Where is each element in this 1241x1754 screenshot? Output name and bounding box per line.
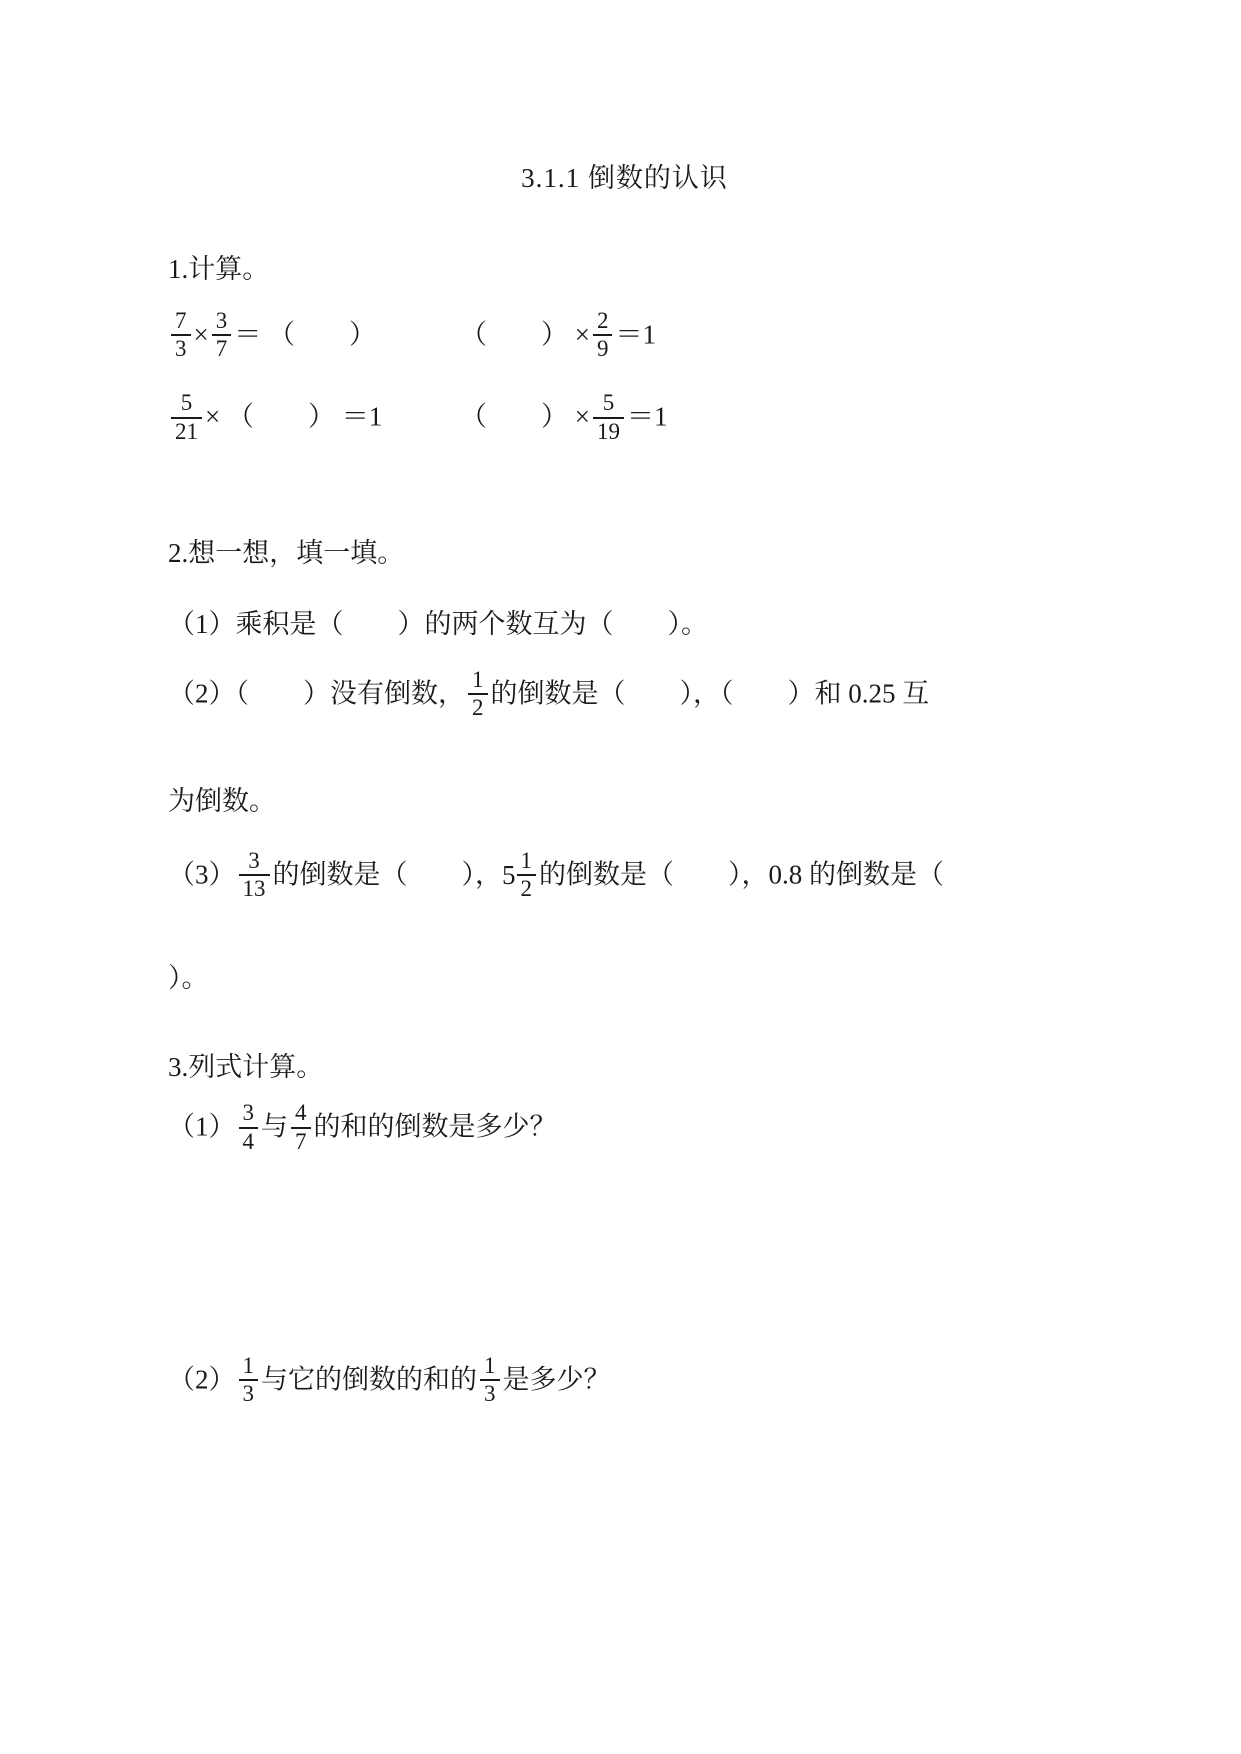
fraction: 12 (517, 849, 537, 901)
text-run: 的倒数是（ ），0.8 的倒数是（ (539, 859, 944, 889)
fraction: 73 (171, 309, 191, 361)
text-run: 3.列式计算。 (168, 1052, 323, 1082)
text-run: 的和的倒数是多少？ (314, 1112, 557, 1142)
text-run: （ ） × (460, 319, 590, 349)
text-run: ）。 (168, 963, 209, 993)
text-run: ＝1 (627, 402, 668, 432)
fraction-numerator: 3 (239, 849, 270, 876)
text-run: ＝ （ ） (234, 319, 376, 349)
text-run: （2） (168, 1364, 236, 1394)
fraction-denominator: 9 (593, 336, 613, 361)
fraction-numerator: 1 (517, 849, 537, 876)
fraction: 12 (468, 668, 488, 720)
q2-item2-line2: 为倒数。 (168, 786, 1081, 817)
fraction: 313 (239, 849, 270, 901)
text-run: 3.1.1 倒数的认识 (521, 163, 728, 193)
fraction: 521 (171, 391, 202, 443)
text-run: 是多少？ (503, 1364, 611, 1394)
text-run: （1）乘积是（ ）的两个数互为（ ）。 (168, 609, 708, 639)
text-run: （1） (168, 1112, 236, 1142)
q1-item3: 521× （ ） ＝1 (168, 393, 460, 445)
text-run: × (194, 319, 209, 349)
q1-item2: （ ） ×29＝1 (460, 311, 656, 363)
fraction: 29 (593, 309, 613, 361)
fraction-denominator: 4 (239, 1129, 259, 1154)
text-run: 2.想一想，填一填。 (168, 538, 404, 568)
fraction-denominator: 13 (239, 876, 270, 901)
fraction-numerator: 2 (593, 309, 613, 336)
fraction-numerator: 3 (239, 1101, 259, 1128)
mixed-number-whole: 5 (502, 860, 516, 891)
text-run: 的倒数是（ ），（ ）和 0.25 互 (491, 678, 930, 708)
worksheet-title: 3.1.1 倒数的认识 (168, 163, 1081, 194)
worksheet-content: 3.1.1 倒数的认识1.计算。73×37＝ （ ）（ ） ×29＝1521× … (168, 163, 1081, 1408)
text-run: × （ ） ＝1 (205, 402, 382, 432)
text-run: 为倒数。 (168, 786, 276, 816)
fraction-numerator: 5 (593, 391, 624, 418)
q3-item2: （2）13与它的倒数的和的13是多少？ (168, 1356, 1081, 1408)
text-run: （ ） × (460, 402, 590, 432)
fraction: 47 (291, 1101, 311, 1153)
text-run: （3） (168, 859, 236, 889)
q1-heading: 1.计算。 (168, 254, 1081, 285)
fraction-numerator: 7 (171, 309, 191, 336)
fraction-denominator: 3 (480, 1381, 500, 1406)
q2-heading: 2.想一想，填一填。 (168, 538, 1081, 569)
q2-item3-line1: （3）313的倒数是（ ），512的倒数是（ ），0.8 的倒数是（ (168, 851, 1081, 903)
text-run: 与 (261, 1112, 288, 1142)
fraction-numerator: 1 (468, 668, 488, 695)
fraction: 519 (593, 391, 624, 443)
fraction: 37 (212, 309, 232, 361)
q3-item1: （1）34与47的和的倒数是多少？ (168, 1103, 1081, 1155)
q1-row1: 73×37＝ （ ）（ ） ×29＝1 (168, 311, 1081, 363)
q1-row2: 521× （ ） ＝1（ ） ×519＝1 (168, 393, 1081, 445)
text-run: 与它的倒数的和的 (261, 1364, 477, 1394)
q2-item2-line1: （2）（ ）没有倒数，12的倒数是（ ），（ ）和 0.25 互 (168, 670, 1081, 722)
q3-heading: 3.列式计算。 (168, 1052, 1081, 1083)
q2-item1: （1）乘积是（ ）的两个数互为（ ）。 (168, 609, 1081, 640)
fraction-denominator: 7 (291, 1129, 311, 1154)
q1-item4: （ ） ×519＝1 (460, 393, 667, 445)
text-run: ＝1 (615, 319, 656, 349)
fraction-numerator: 1 (239, 1354, 259, 1381)
fraction-denominator: 19 (593, 419, 624, 444)
fraction-denominator: 3 (171, 336, 191, 361)
text-run: 1.计算。 (168, 254, 269, 284)
fraction-denominator: 3 (239, 1381, 259, 1406)
text-run: （2）（ ）没有倒数， (168, 678, 465, 708)
fraction-numerator: 4 (291, 1101, 311, 1128)
fraction-numerator: 1 (480, 1354, 500, 1381)
fraction-denominator: 21 (171, 419, 202, 444)
text-run: 的倒数是（ ）， (273, 859, 503, 889)
fraction-denominator: 2 (517, 876, 537, 901)
fraction-numerator: 3 (212, 309, 232, 336)
worksheet-page: 3.1.1 倒数的认识1.计算。73×37＝ （ ）（ ） ×29＝1521× … (0, 0, 1241, 1754)
fraction: 13 (239, 1354, 259, 1406)
fraction: 34 (239, 1101, 259, 1153)
fraction-denominator: 2 (468, 695, 488, 720)
fraction: 13 (480, 1354, 500, 1406)
fraction-denominator: 7 (212, 336, 232, 361)
q1-item1: 73×37＝ （ ） (168, 311, 460, 363)
fraction-numerator: 5 (171, 391, 202, 418)
q2-item3-line2: ）。 (168, 963, 1081, 994)
